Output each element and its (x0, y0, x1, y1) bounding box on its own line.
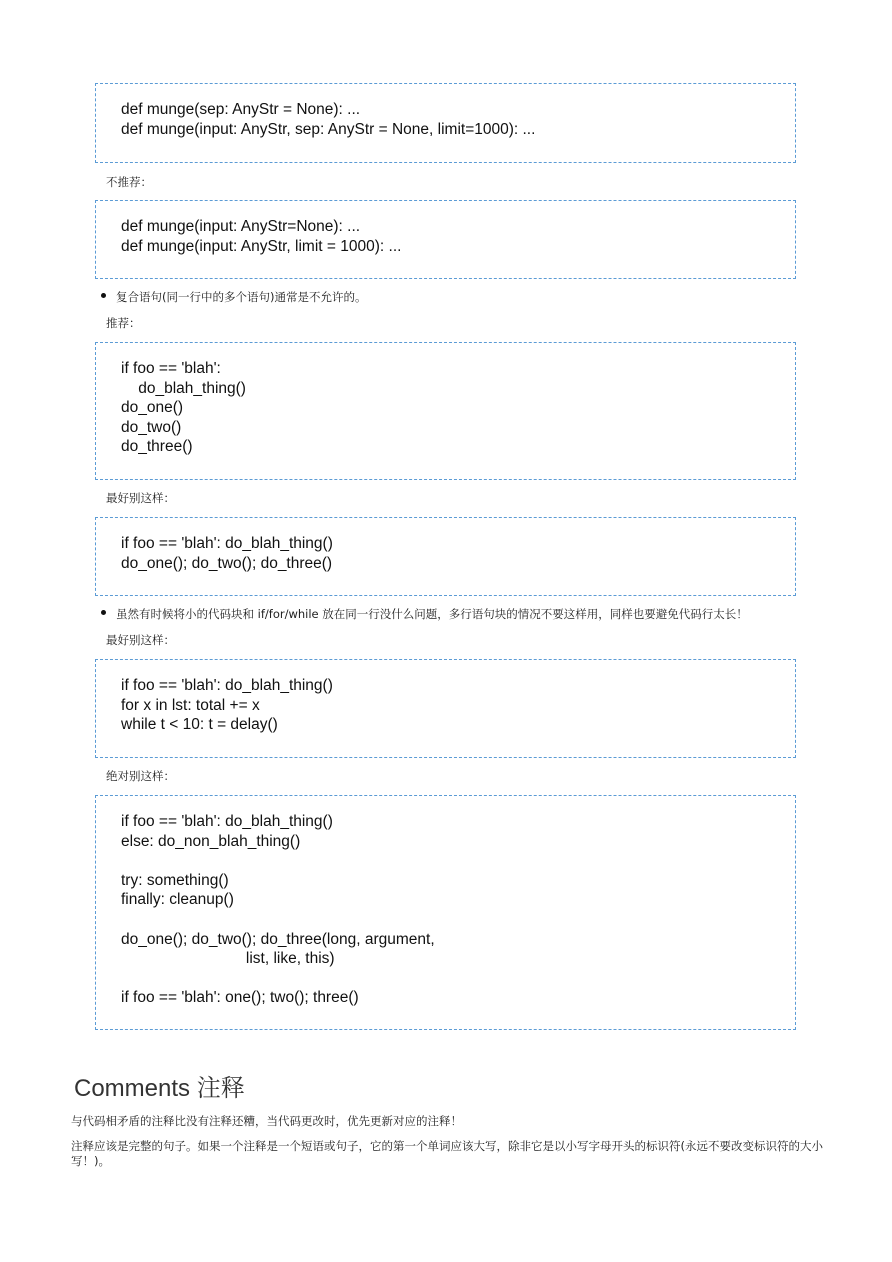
code-line: while t < 10: t = delay() (121, 715, 333, 735)
code-block-munge-recommended: def munge(sep: AnyStr = None): ... def m… (95, 83, 796, 163)
code-line: def munge(sep: AnyStr = None): ... (121, 100, 535, 120)
code-line: if foo == 'blah': do_blah_thing() (121, 534, 333, 554)
code-line: do_one(); do_two(); do_three(long, argum… (121, 930, 435, 950)
code-line: def munge(input: AnyStr, limit = 1000): … (121, 237, 401, 257)
code-lines: def munge(input: AnyStr=None): ... def m… (121, 217, 401, 256)
code-line: if foo == 'blah': one(); two(); three() (121, 988, 435, 1008)
bullet-icon (101, 293, 106, 298)
code-line: do_one() (121, 398, 246, 418)
code-line: do_one(); do_two(); do_three() (121, 554, 333, 574)
label-better-not: 最好别这样： (106, 633, 175, 647)
code-block-better-not-1: if foo == 'blah': do_blah_thing() do_one… (95, 517, 796, 596)
code-line: def munge(input: AnyStr=None): ... (121, 217, 401, 237)
label-better-not: 最好别这样： (106, 491, 175, 505)
code-lines: if foo == 'blah': do_blah_thing() for x … (121, 676, 333, 735)
label-not-recommended: 不推荐： (106, 175, 152, 189)
code-line (121, 910, 435, 930)
code-block-recommended-statements: if foo == 'blah': do_blah_thing() do_one… (95, 342, 796, 480)
code-line: def munge(input: AnyStr, sep: AnyStr = N… (121, 120, 535, 140)
code-line: else: do_non_blah_thing() (121, 832, 435, 852)
code-lines: def munge(sep: AnyStr = None): ... def m… (121, 100, 535, 139)
paragraph-comments-2: 注释应该是完整的句子。如果一个注释是一个短语或句子，它的第一个单词应该大写，除非… (71, 1139, 831, 1169)
code-line: if foo == 'blah': do_blah_thing() (121, 812, 435, 832)
bullet-icon (101, 610, 106, 615)
bullet-compound-statements: 复合语句(同一行中的多个语句)通常是不允许的。 (101, 290, 366, 304)
code-line: if foo == 'blah': (121, 359, 246, 379)
code-line: finally: cleanup() (121, 890, 435, 910)
code-lines: if foo == 'blah': do_blah_thing() else: … (121, 812, 435, 1008)
code-line: for x in lst: total += x (121, 696, 333, 716)
bullet-text: 虽然有时候将小的代码块和 if/for/while 放在同一行没什么问题，多行语… (116, 607, 748, 621)
bullet-same-line-blocks: 虽然有时候将小的代码块和 if/for/while 放在同一行没什么问题，多行语… (101, 607, 748, 621)
code-line: do_three() (121, 437, 246, 457)
code-block-better-not-2: if foo == 'blah': do_blah_thing() for x … (95, 659, 796, 758)
section-heading-comments: Comments 注释 (74, 1068, 245, 1103)
label-recommended: 推荐： (106, 316, 141, 330)
code-line: try: something() (121, 871, 435, 891)
code-line: if foo == 'blah': do_blah_thing() (121, 676, 333, 696)
bullet-text: 复合语句(同一行中的多个语句)通常是不允许的。 (116, 290, 366, 304)
code-block-definitely-not: if foo == 'blah': do_blah_thing() else: … (95, 795, 796, 1030)
code-block-munge-not-recommended: def munge(input: AnyStr=None): ... def m… (95, 200, 796, 279)
paragraph-comments-1: 与代码相矛盾的注释比没有注释还糟，当代码更改时，优先更新对应的注释！ (71, 1114, 831, 1129)
label-definitely-not: 绝对别这样： (106, 769, 175, 783)
code-lines: if foo == 'blah': do_blah_thing() do_one… (121, 359, 246, 457)
code-line: do_blah_thing() (121, 379, 246, 399)
code-line: list, like, this) (121, 949, 435, 969)
code-line (121, 851, 435, 871)
code-line: do_two() (121, 418, 246, 438)
code-lines: if foo == 'blah': do_blah_thing() do_one… (121, 534, 333, 573)
code-line (121, 969, 435, 989)
